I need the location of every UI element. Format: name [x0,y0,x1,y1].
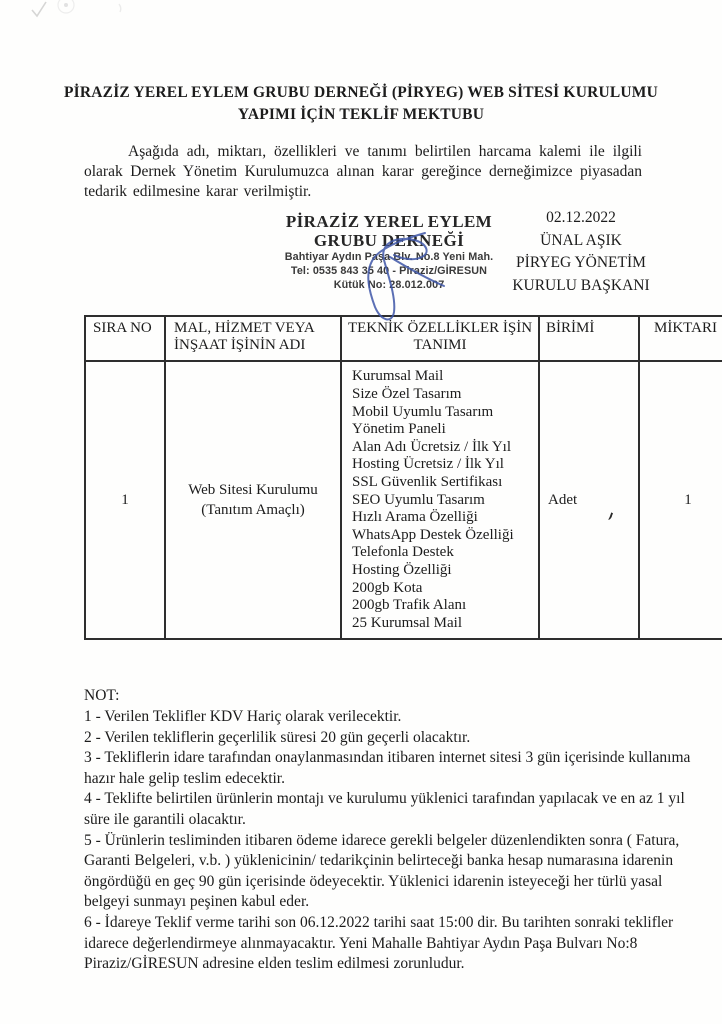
spec-line: 25 Kurumsal Mail [352,615,536,633]
signatory-title-2: KURULU BAŞKANI [487,275,675,297]
note-item-2: 2 - Verilen tekliflerin geçerlilik süres… [84,728,706,749]
stamp-phone: Tel: 0535 843 35 40 - Piraziz/GİRESUN [282,264,496,278]
header-quantity: MİKTARI [639,316,722,361]
header-item-name: MAL, HİZMET VEYA İNŞAAT İŞİNİN ADI [165,316,341,361]
note-item-5: 5 - Ürünlerin tesliminden itibaren ödeme… [84,831,706,913]
notes-label: NOT: [84,686,706,707]
signatory-block: 02.12.2022 ÜNAL AŞIK PİRYEG YÖNETİM KURU… [487,207,675,297]
header-sira-no: SIRA NO [85,316,165,361]
spec-line: Hızlı Arama Özelliği [352,509,536,527]
cell-item-name: Web Sitesi Kurulumu (Tanıtım Amaçlı) [165,361,341,639]
intro-paragraph: Aşağıda adı, miktarı, özellikleri ve tan… [84,142,642,201]
cell-quantity: 1 [639,361,722,639]
spec-line: Hosting Ücretsiz / İlk Yıl [352,456,536,474]
cell-unit: Adet [539,361,639,639]
stamp-registry: Kütük No: 28.012.007 [282,278,496,292]
header-specs: TEKNİK ÖZELLİKLER İŞİN TANIMI [341,316,539,361]
cell-specs: Kurumsal Mail Size Özel Tasarım Mobil Uy… [341,361,539,639]
spec-line: 200gb Kota [352,580,536,598]
spec-line: Telefonla Destek [352,544,536,562]
scan-artifact-marks [24,0,144,26]
title-line-1: PİRAZİZ YEREL EYLEM GRUBU DERNEĞİ (PİRYE… [64,84,658,101]
stamp-address: Bahtiyar Aydın Paşa Blv. No.8 Yeni Mah. [282,250,496,264]
spec-line: Hosting Özelliği [352,562,536,580]
signatory-title-1: PİRYEG YÖNETİM [487,252,675,274]
note-item-3: 3 - Tekliflerin idare tarafından onaylan… [84,748,706,789]
header-unit: BİRİMİ [539,316,639,361]
association-stamp: PİRAZİZ YEREL EYLEM GRUBU DERNEĞİ Bahtiy… [282,213,496,292]
spec-line: 200gb Trafik Alanı [352,597,536,615]
notes-section: NOT: 1 - Verilen Teklifler KDV Hariç ola… [84,686,706,975]
document-page: PİRAZİZ YEREL EYLEM GRUBU DERNEĞİ (PİRYE… [0,0,722,1024]
cell-sira-no: 1 [85,361,165,639]
signatory-name: ÜNAL AŞIK [487,230,675,252]
spec-line: Kurumsal Mail [352,368,536,386]
signature-area: PİRAZİZ YEREL EYLEM GRUBU DERNEĞİ Bahtiy… [0,209,722,315]
stamp-org-name: PİRAZİZ YEREL EYLEM GRUBU DERNEĞİ [282,213,496,250]
spec-line: Yönetim Paneli [352,421,536,439]
items-table: SIRA NO MAL, HİZMET VEYA İNŞAAT İŞİNİN A… [84,315,722,640]
spec-line: SSL Güvenlik Sertifikası [352,474,536,492]
spec-line: Alan Adı Ücretsiz / İlk Yıl [352,439,536,457]
note-item-1: 1 - Verilen Teklifler KDV Hariç olarak v… [84,707,706,728]
spec-line: Mobil Uyumlu Tasarım [352,404,536,422]
title-line-2: YAPIMI İÇİN TEKLİF MEKTUBU [238,106,484,123]
note-item-4: 4 - Teklifte belirtilen ürünlerin montaj… [84,789,706,830]
table-header-row: SIRA NO MAL, HİZMET VEYA İNŞAAT İŞİNİN A… [85,316,722,361]
spec-line: WhatsApp Destek Özelliği [352,527,536,545]
note-item-6: 6 - İdareye Teklif verme tarihi son 06.1… [84,913,706,975]
spec-line: SEO Uyumlu Tasarım [352,492,536,510]
spec-line: Size Özel Tasarım [352,386,536,404]
ink-speck [606,512,613,521]
document-date: 02.12.2022 [487,207,675,229]
table-row: 1 Web Sitesi Kurulumu (Tanıtım Amaçlı) K… [85,361,722,639]
